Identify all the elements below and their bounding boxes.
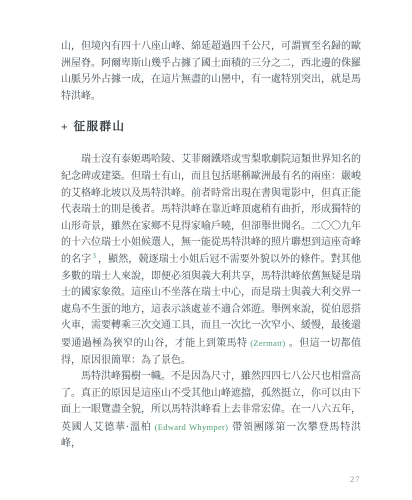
paragraph-2: 瑞士沒有泰姬瑪哈陵、艾菲爾鐵塔或雪梨歌劇院這類世界知名的紀念碑或建築。但瑞士有山… bbox=[61, 152, 361, 369]
paragraph-2-text-b: ，顯然，競逐瑞士小姐后冠不需要外貌以外的條件。對其他多數的瑞士人來說，即便必須與… bbox=[61, 254, 361, 349]
book-page: 山，但境內有四十八座山峰、綿延超過四千公尺，可謂實至名歸的歐洲屋脊。阿爾卑斯山幾… bbox=[0, 0, 412, 500]
paragraph-2-text-a: 瑞士沒有泰姬瑪哈陵、艾菲爾鐵塔或雪梨歌劇院這類世界知名的紀念碑或建築。但瑞士有山… bbox=[61, 154, 361, 265]
page-number: 27 bbox=[350, 474, 361, 484]
section-heading-text: 征服群山 bbox=[74, 121, 126, 133]
paragraph-continuation: 山，但境內有四十八座山峰、綿延超過四千公尺，可謂實至名歸的歐洲屋脊。阿爾卑斯山幾… bbox=[61, 39, 361, 105]
whymper-latin-name: (Edward Whymper) bbox=[155, 422, 229, 432]
zermatt-latin-name: (Zermatt) bbox=[250, 338, 285, 348]
footnote-reference-3: 3 bbox=[92, 252, 96, 260]
paragraph-3: 馬特洪峰獨樹一幟。不是因為尺寸，雖然四四七八公尺也相當高了。真正的原因是這座山不… bbox=[61, 369, 361, 453]
page-text-block: 山，但境內有四十八座山峰、綿延超過四千公尺，可謂實至名歸的歐洲屋脊。阿爾卑斯山幾… bbox=[61, 39, 361, 453]
section-heading: +征服群山 bbox=[61, 119, 361, 136]
plus-icon: + bbox=[61, 120, 68, 137]
